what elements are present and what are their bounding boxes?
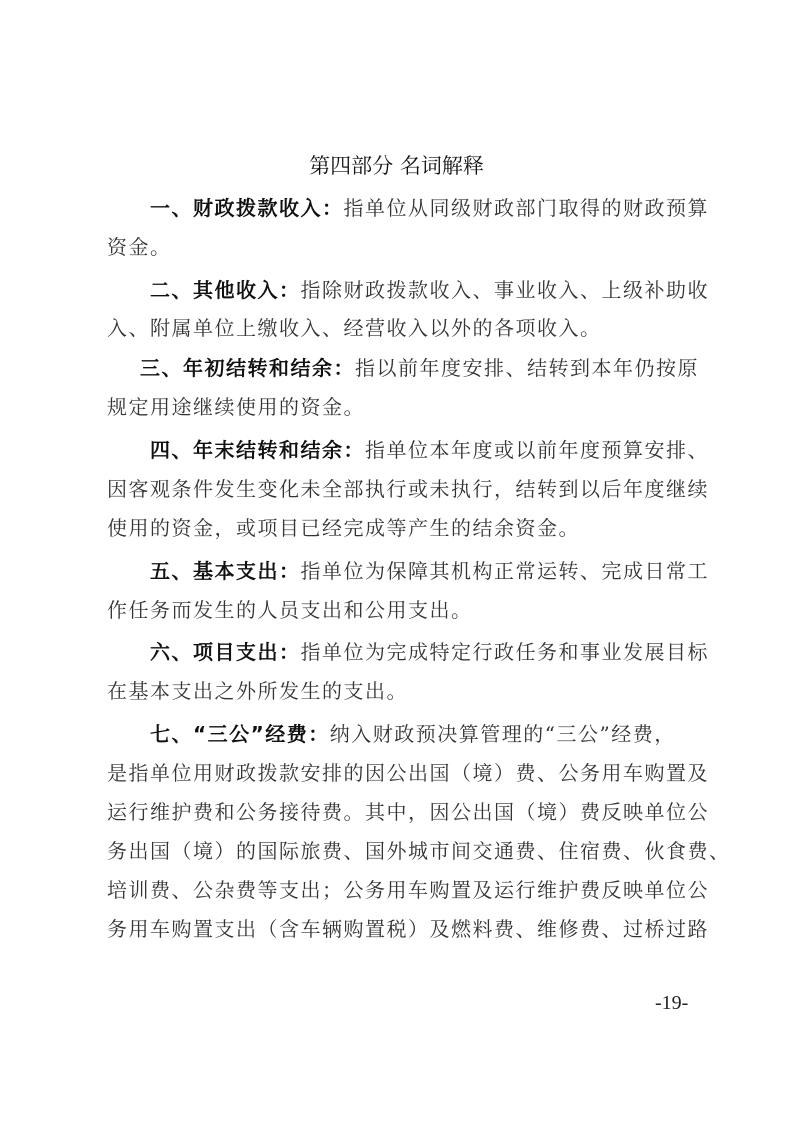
section-1-term: 一、财政拨款收入：	[150, 196, 344, 220]
section-6-line-1: 六、项目支出：指单位为完成特定行政任务和事业发展目标	[150, 638, 750, 666]
section-7-term: 七、“三公”经费：	[150, 722, 330, 746]
page-title: 第四部分 名词解释	[0, 150, 793, 180]
section-6-term: 六、项目支出：	[150, 640, 301, 664]
section-5-line-2: 作任务而发生的人员支出和公用支出。	[107, 596, 707, 624]
page-number: -19-	[655, 992, 688, 1015]
section-7-line-6: 务用车购置支出（含车辆购置税）及燃料费、维修费、过桥过路	[107, 915, 707, 943]
section-3-term: 三、年初结转和结余：	[140, 356, 355, 380]
section-3-line-2: 规定用途继续使用的资金。	[107, 393, 707, 421]
section-7-line-5: 培训费、公杂费等支出；公务用车购置及运行维护费反映单位公	[107, 876, 707, 904]
section-4-line-2: 因客观条件发生变化未全部执行或未执行，结转到以后年度继续	[107, 475, 707, 503]
section-6-line-2: 在基本支出之外所发生的支出。	[107, 677, 707, 705]
section-4-line-1: 四、年末结转和结余：指单位本年度或以前年度预算安排、	[150, 436, 750, 464]
section-7-line-1: 七、“三公”经费：纳入财政预决算管理的“三公”经费，	[150, 720, 750, 748]
section-7-line-4: 务出国（境）的国际旅费、国外城市间交通费、住宿费、伙食费、	[107, 837, 707, 865]
section-7-line-2: 是指单位用财政拨款安排的因公出国（境）费、公务用车购置及	[107, 759, 707, 787]
section-4-line-3: 使用的资金，或项目已经完成等产生的结余资金。	[107, 514, 707, 542]
section-2-line-1: 二、其他收入：指除财政拨款收入、事业收入、上级补助收	[150, 276, 750, 304]
section-4-term: 四、年末结转和结余：	[150, 438, 365, 462]
section-5-line-1: 五、基本支出：指单位为保障其机构正常运转、完成日常工	[150, 557, 750, 585]
section-2-term: 二、其他收入：	[150, 278, 301, 302]
section-5-term: 五、基本支出：	[150, 559, 301, 583]
section-7-line-3: 运行维护费和公务接待费。其中，因公出国（境）费反映单位公	[107, 798, 707, 826]
section-1-line-2: 资金。	[107, 233, 707, 261]
section-3-line-1: 三、年初结转和结余：指以前年度安排、结转到本年仍按原	[140, 354, 740, 382]
section-1-line-1: 一、财政拨款收入：指单位从同级财政部门取得的财政预算	[150, 194, 750, 222]
section-2-line-2: 入、附属单位上缴收入、经营收入以外的各项收入。	[107, 314, 707, 342]
